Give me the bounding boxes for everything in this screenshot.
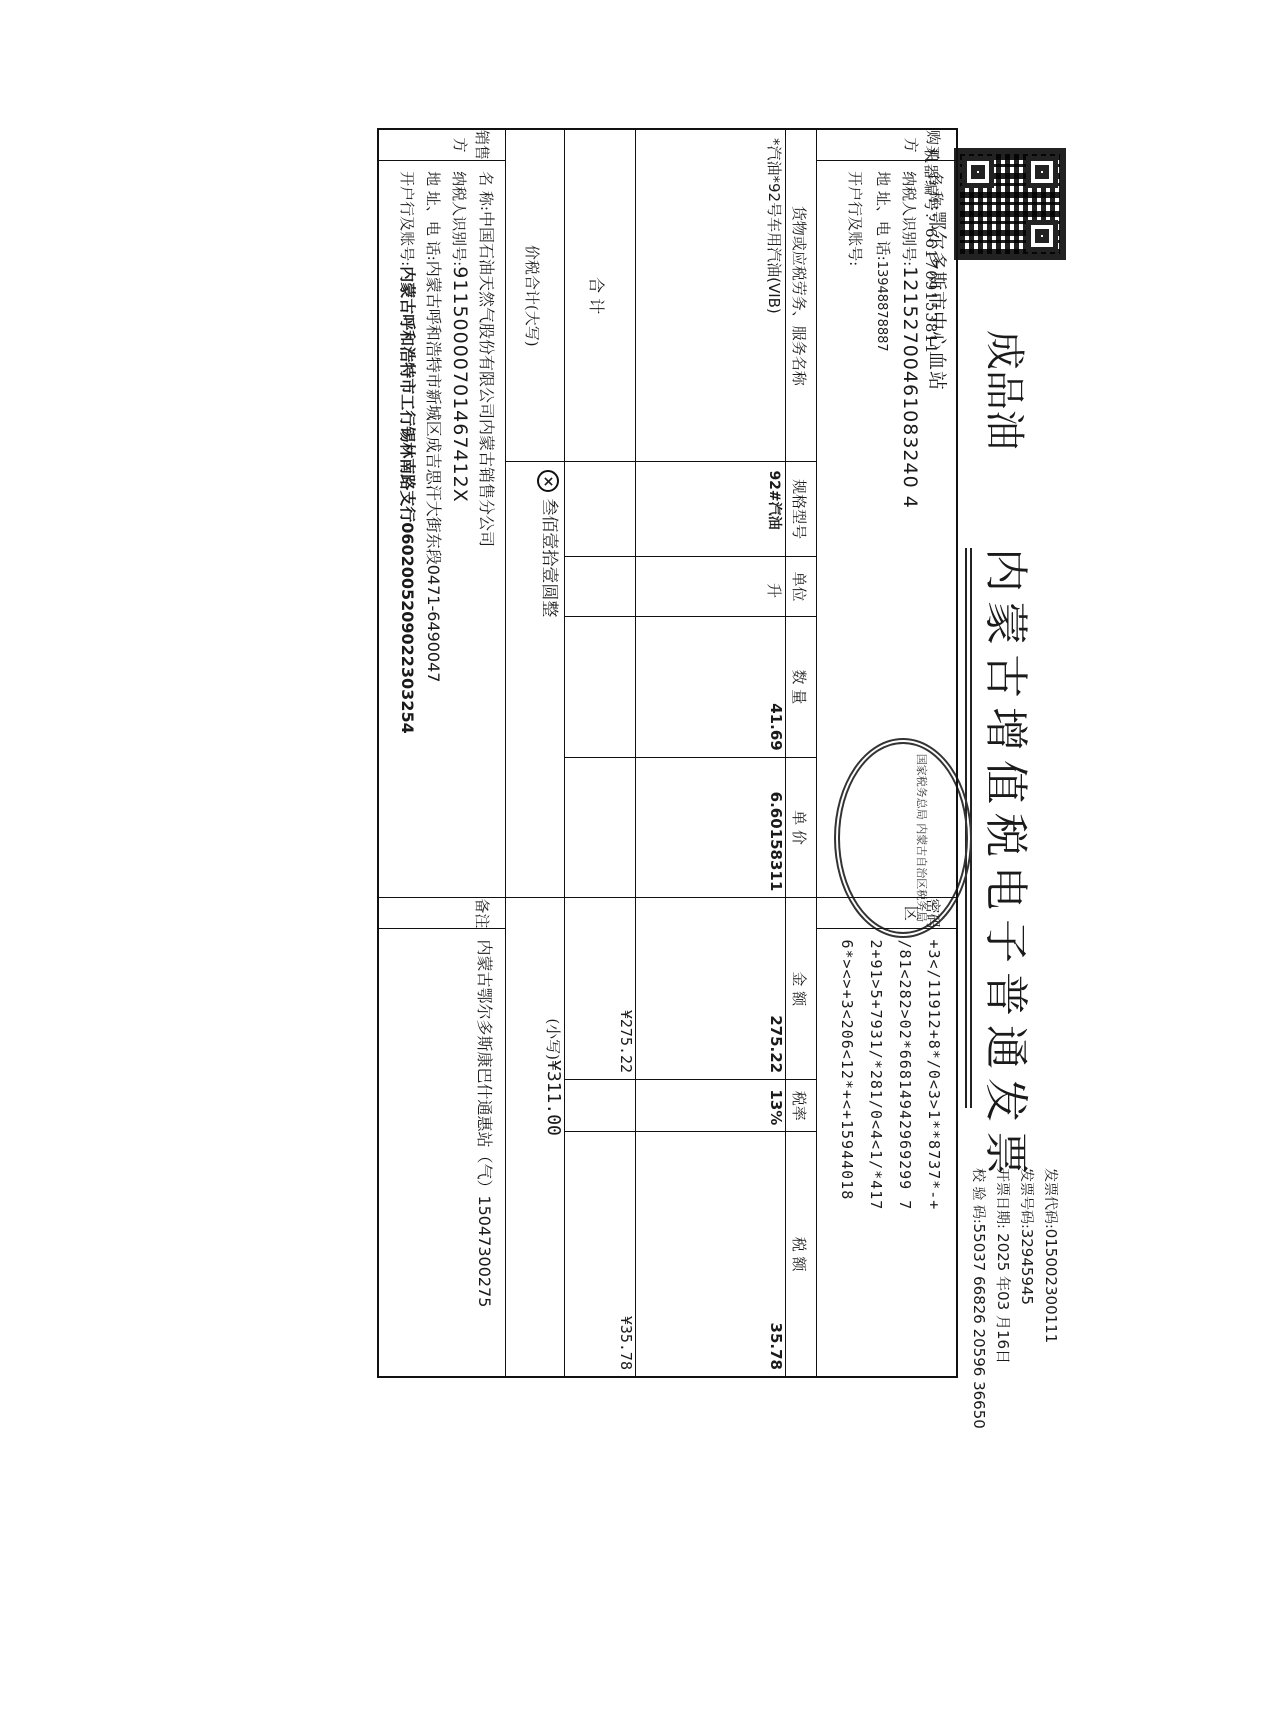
totals-tax: ¥35.78: [565, 1132, 636, 1377]
item-name: *汽油*92号车用汽油(VIB): [636, 129, 786, 462]
col-unit-price: 单 价: [786, 757, 817, 898]
seller-name: 名 称:中国石油天然气股份有限公司内蒙古销售分公司: [474, 171, 500, 887]
item-row: *汽油*92号车用汽油(VIB) 92#汽油 升 41.69 6.6015831…: [636, 129, 786, 1377]
grand-total-row: 价税合计(大写) ×叁佰壹拾壹圆整 (小写)¥311.00: [506, 129, 565, 1377]
invoice-table: 购买方 名 称:鄂尔多斯市中心血站 纳税人识别号:121527004610832…: [377, 128, 958, 1378]
buyer-address: 地 址、电 话:13948878887: [868, 171, 896, 887]
remarks-side-label: 备注: [378, 898, 506, 929]
remarks-text: 内蒙古鄂尔多斯康巴什通惠站（气）15047300275: [378, 929, 506, 1377]
col-spec: 规格型号: [786, 462, 817, 556]
issue-date: 开票日期: 2025 年03 月16日: [990, 1168, 1014, 1429]
grand-total-lower: (小写)¥311.00: [506, 898, 565, 1377]
invoice-category: 成品油: [979, 330, 1036, 450]
item-quantity: 41.69: [636, 617, 786, 758]
totals-amount: ¥275.22: [565, 898, 636, 1080]
circle-x-icon: ×: [538, 470, 560, 492]
buyer-bank: 开户行及账号:: [840, 171, 868, 887]
seller-row: 销售方 名 称:中国石油天然气股份有限公司内蒙古销售分公司 纳税人识别号:911…: [378, 129, 506, 1377]
seller-taxid: 纳税人识别号:91150000701467412X: [447, 171, 474, 887]
col-unit: 单位: [786, 556, 817, 616]
buyer-info: 名 称:鄂尔多斯市中心血站 纳税人识别号:12152700461083240 4…: [817, 161, 957, 898]
buyer-name: 名 称:鄂尔多斯市中心血站: [923, 171, 950, 887]
totals-label: 合 计: [565, 129, 636, 462]
invoice-meta: 发票代码:015002300111 发票号码:32945945 开票日期: 20…: [966, 1168, 1062, 1429]
seller-bank: 开户行及账号:内蒙古呼和浩特市工行锡林南路支行06020052090223032…: [395, 171, 421, 887]
cipher-side-label: 密码区: [817, 898, 957, 929]
col-quantity: 数 量: [786, 617, 817, 758]
item-tax: 35.78: [636, 1132, 786, 1377]
buyer-row: 购买方 名 称:鄂尔多斯市中心血站 纳税人识别号:121527004610832…: [817, 129, 957, 1377]
col-name: 货物或应税劳务、服务名称: [786, 129, 817, 462]
invoice-title: 内蒙古增值税电子普通发票: [978, 548, 1042, 1184]
col-amount: 金 额: [786, 898, 817, 1080]
item-tax-rate: 13%: [636, 1080, 786, 1132]
cipher-line: /81<282>02*66814942969299 7: [890, 939, 919, 1366]
totals-row: 合 计 ¥275.22 ¥35.78: [565, 129, 636, 1377]
cipher-line: 6*><>+3<206<12*+<+15944018: [832, 939, 861, 1366]
grand-total-label: 价税合计(大写): [506, 129, 565, 462]
invoice-number: 发票号码:32945945: [1014, 1168, 1038, 1429]
buyer-side-label: 购买方: [817, 129, 957, 161]
item-unit: 升: [636, 556, 786, 616]
item-spec: 92#汽油: [636, 462, 786, 556]
cipher-line: 2+91>5+7931/*281/0<4<1/*417: [861, 939, 890, 1366]
check-code: 校 验 码:55037 66826 20596 36650: [966, 1168, 990, 1429]
qr-code-icon: [954, 148, 1066, 260]
invoice-code: 发票代码:015002300111: [1038, 1168, 1062, 1429]
cipher-line: +3</11912+8*/0<3>1**8737*-+: [919, 939, 948, 1366]
items-header: 货物或应税劳务、服务名称 规格型号 单位 数 量 单 价 金 额 税率 税 额: [786, 129, 817, 1377]
col-tax: 税 额: [786, 1132, 817, 1377]
invoice-page: 机器编号：661709153811 成品油 内蒙古增值税电子普通发票 国家税务总…: [170, 118, 1070, 1538]
item-unit-price: 6.60158311: [636, 757, 786, 898]
grand-total-upper: ×叁佰壹拾壹圆整: [506, 462, 565, 898]
cipher-area: +3</11912+8*/0<3>1**8737*-+ /81<282>02*6…: [817, 929, 957, 1377]
seller-address: 地 址、电 话:内蒙古呼和浩特市新城区成吉思汗大街东段0471-6490047: [421, 171, 447, 887]
buyer-taxid: 纳税人识别号:12152700461083240 4: [896, 171, 923, 887]
item-amount: 275.22: [636, 898, 786, 1080]
seller-side-label: 销售方: [378, 129, 506, 161]
col-tax-rate: 税率: [786, 1080, 817, 1132]
seller-info: 名 称:中国石油天然气股份有限公司内蒙古销售分公司 纳税人识别号:9115000…: [378, 161, 506, 898]
